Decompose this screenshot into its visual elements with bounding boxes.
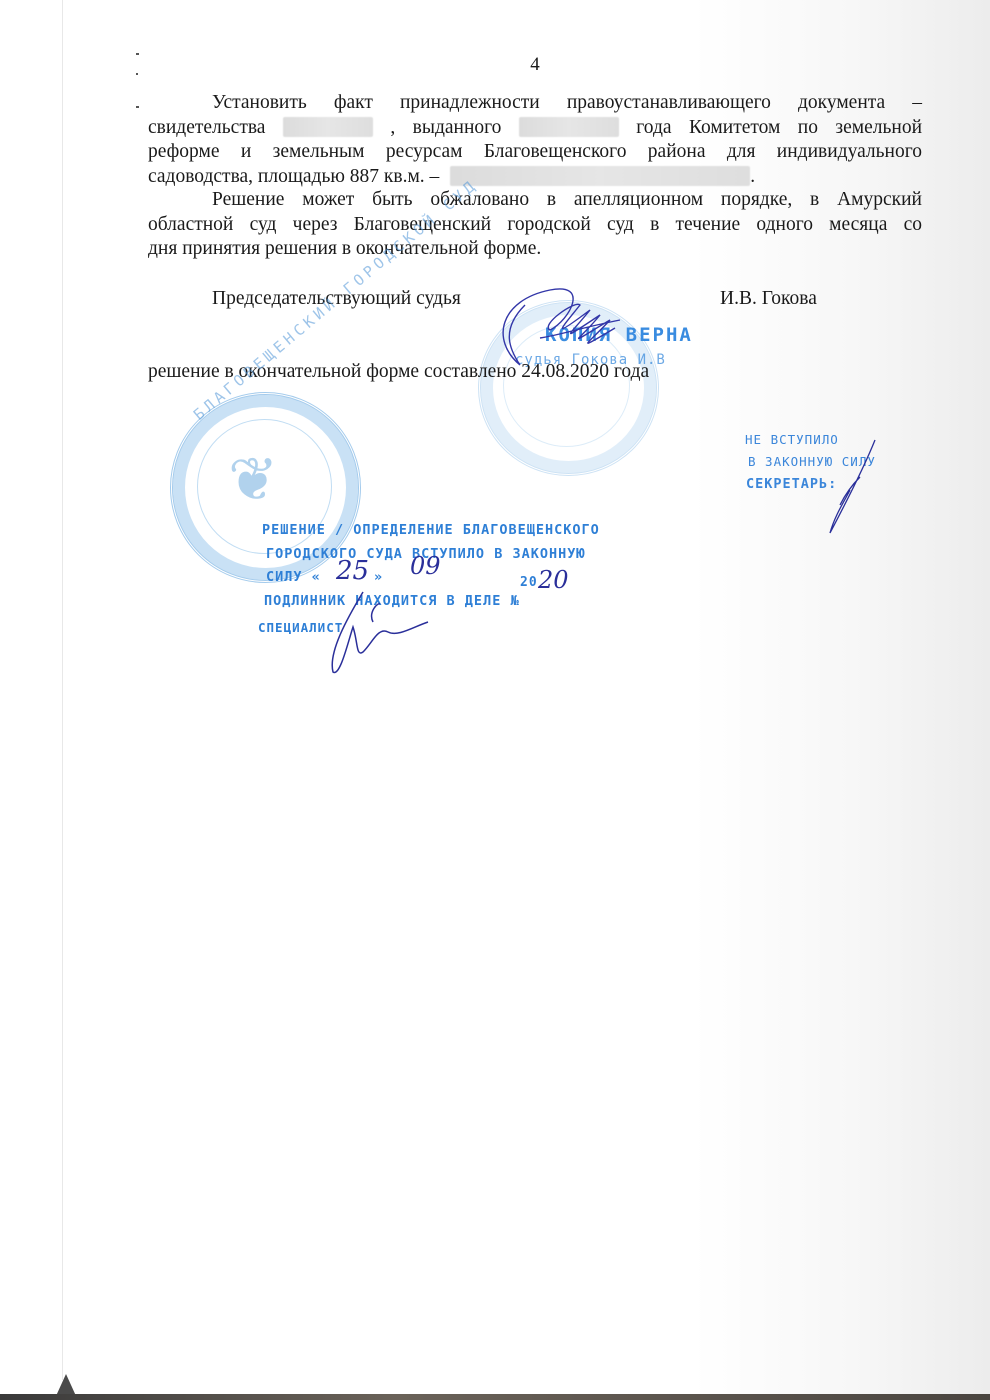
text-fragment: года Комитетом по земельной — [636, 117, 922, 138]
paragraph-appeal: Решение может быть обжаловано в апелляци… — [148, 188, 922, 262]
handwritten-month: 09 — [410, 552, 441, 580]
redacted-address — [450, 166, 750, 186]
paragraph-establish-fact: Установить факт принадлежности правоуста… — [148, 91, 922, 189]
text-line: свидетельства , выданного года Комитетом… — [148, 116, 922, 141]
judge-signature — [480, 280, 630, 390]
entered-force-stamp-line3-prefix: СИЛУ « — [266, 569, 321, 585]
text-line: Установить факт принадлежности правоуста… — [148, 91, 922, 116]
coat-of-arms-eagle-icon: ❦ — [228, 450, 278, 510]
text-line: реформе и земельным ресурсам Благовещенс… — [148, 140, 922, 165]
text-line: Решение может быть обжаловано в апелляци… — [148, 188, 922, 213]
scan-edge-corner — [56, 1374, 76, 1396]
redacted-certificate-number — [283, 117, 373, 137]
text-line: дня принятия решения в окончательной фор… — [148, 237, 922, 262]
text-line: садоводства, площадью 887 кв.м. – . — [148, 165, 922, 190]
text-fragment: садоводства, площадью 887 кв.м. – — [148, 166, 439, 187]
judge-name: И.В. Гокова — [720, 288, 817, 310]
document-page: 4 Установить факт принадлежности правоус… — [0, 0, 990, 1400]
secretary-signature — [810, 435, 890, 540]
page-fold-line — [62, 0, 63, 1380]
specialist-signature — [318, 582, 438, 682]
text-line: областной суд через Благовещенский город… — [148, 213, 922, 238]
text-fragment: свидетельства — [148, 117, 265, 138]
text-fragment: , выданного — [390, 117, 501, 138]
scan-bottom-edge — [0, 1394, 990, 1400]
page-number: 4 — [0, 54, 990, 76]
redacted-issue-date — [519, 117, 619, 137]
entered-force-stamp-line1: РЕШЕНИЕ / ОПРЕДЕЛЕНИЕ БЛАГОВЕЩЕНСКОГО — [262, 522, 600, 538]
handwritten-year: 20 — [538, 566, 569, 594]
margin-mark — [136, 106, 139, 108]
text-fragment: . — [750, 166, 755, 187]
entered-force-stamp-year-prefix: 20 — [520, 575, 538, 590]
